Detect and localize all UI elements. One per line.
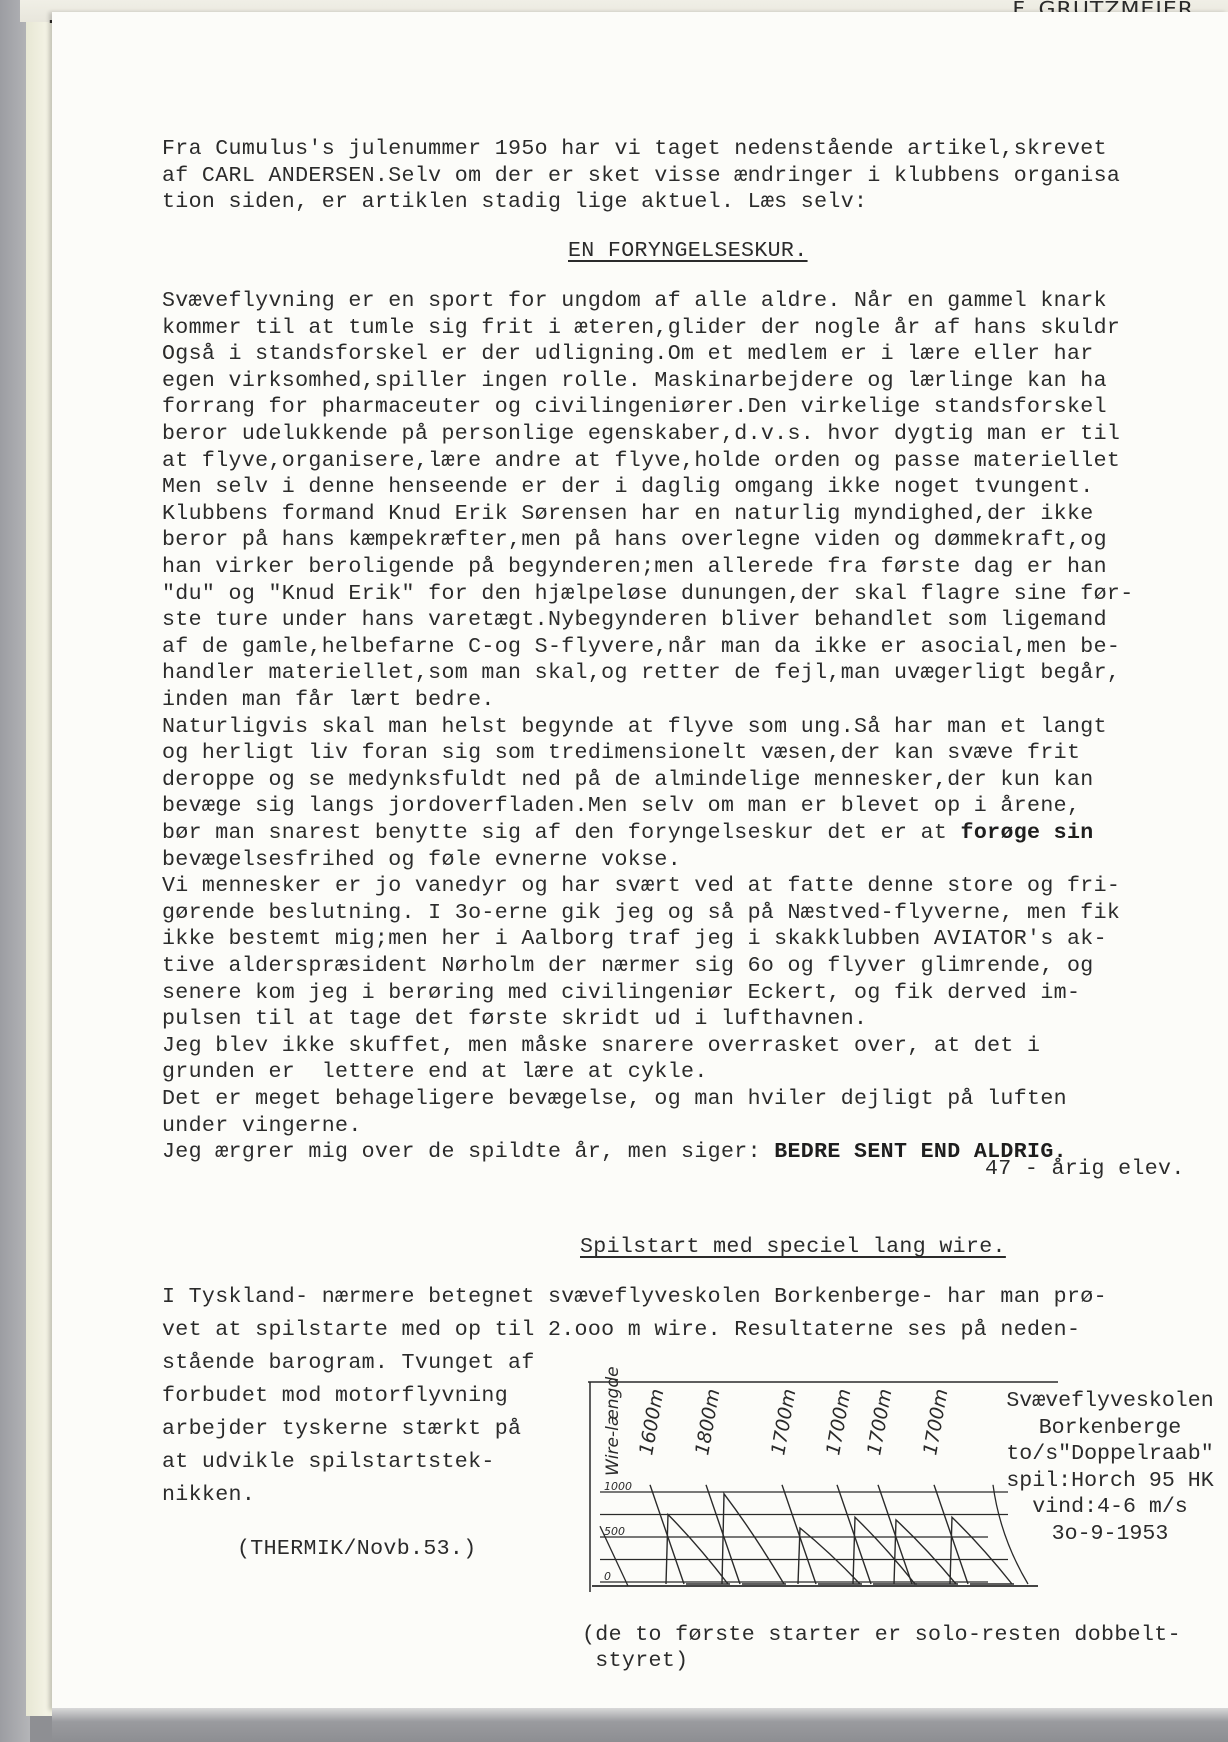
text-line: Naturligvis skal man helst begynde at fl… <box>162 714 1107 740</box>
barogram-info-line: Borkenberge <box>990 1415 1228 1442</box>
text-line: Men selv i denne henseende er der i dagl… <box>162 474 1094 500</box>
y-tick-label: 0 <box>604 1570 611 1583</box>
text-line: vet at spilstarte med op til 2.ooo m wir… <box>162 1317 1080 1343</box>
text-line: grunden er lettere end at lære at cykle. <box>162 1059 708 1085</box>
barogram-info-line: to/s"Doppelraab" <box>990 1441 1228 1468</box>
text-line: Jeg ærgrer mig over de spildte år, men s… <box>162 1139 1067 1165</box>
article2-title: Spilstart med speciel lang wire. <box>580 1234 1006 1260</box>
wire-length-label: 1700m <box>767 1387 800 1457</box>
text-line: ste ture under hans varetægt.Nybegyndere… <box>162 607 1107 633</box>
text-line: bør man snarest benytte sig af den foryn… <box>162 820 1094 846</box>
text-line: nikken. <box>162 1482 255 1508</box>
text-line: I Tyskland- nærmere betegnet svæveflyves… <box>162 1284 1107 1310</box>
y-tick-label: 500 <box>604 1525 625 1538</box>
text-line: og herligt liv foran sig som tredimensio… <box>162 740 1080 766</box>
caption-line: styret) <box>582 1648 688 1674</box>
page-bottom-edge <box>52 1708 1228 1742</box>
article-title: EN FORYNGELSESKUR. <box>568 238 808 264</box>
barogram-info: SvæveflyveskolenBorkenbergeto/s"Doppelra… <box>990 1388 1228 1547</box>
text-line: af CARL ANDERSEN.Selv om der er sket vis… <box>162 163 1120 189</box>
wire-length-label: 1600m <box>635 1387 668 1457</box>
text-line: beror udelukkende på personlige egenskab… <box>162 421 1120 447</box>
altitude-trace <box>722 1494 784 1584</box>
wire-length-label: 1700m <box>822 1387 855 1457</box>
caption-line: (de to første starter er solo-resten dob… <box>582 1622 1181 1648</box>
barogram-info-line: spil:Horch 95 HK <box>990 1468 1228 1495</box>
text-line: kommer til at tumle sig frit i æteren,gl… <box>162 315 1120 341</box>
source-citation: (THERMIK/Novb.53.) <box>237 1536 477 1562</box>
text-line: tion siden, er artiklen stadig lige aktu… <box>162 189 867 215</box>
text-line: forrang for pharmaceuter og civilingeniø… <box>162 394 1107 420</box>
text-line: Det er meget behageligere bevægelse, og … <box>162 1086 1067 1112</box>
barogram-plot: 05001000Wire-længde1600m1800m1700m1700m1… <box>588 1382 1058 1592</box>
text-line: Svæveflyvning er en sport for ungdom af … <box>162 288 1107 314</box>
emphasis-text: forøge sin <box>961 821 1094 845</box>
text-line: beror på hans kæmpekræfter,men på hans o… <box>162 527 1107 553</box>
text-line: Jeg blev ikke skuffet, men måske snarere… <box>162 1033 1040 1059</box>
text-line: deroppe og se medynksfuldt ned på de alm… <box>162 767 1094 793</box>
text-line: arbejder tyskerne stærkt på <box>162 1416 521 1442</box>
text-line: "du" og "Knud Erik" for den hjælpeløse d… <box>162 581 1134 607</box>
text-line: Vi mennesker er jo vanedyr og har svært … <box>162 873 1120 899</box>
text-line: at udvikle spilstartstek- <box>162 1449 495 1475</box>
y-tick-label: 1000 <box>604 1480 632 1493</box>
text-line: inden man får lært bedre. <box>162 687 495 713</box>
text-line: han virker beroligende på begynderen;men… <box>162 554 1107 580</box>
text-line: egen virksomhed,spiller ingen rolle. Mas… <box>162 368 1107 394</box>
text-line: tive alderspræsident Nørholm der nærmer … <box>162 953 1094 979</box>
article-signature: 47 - årig elev. <box>985 1156 1185 1182</box>
altitude-trace <box>894 1520 956 1584</box>
text-line: af de gamle,helbefarne C-og S-flyvere,nå… <box>162 634 1120 660</box>
y-axis-label: Wire-længde <box>603 1366 623 1476</box>
altitude-trace <box>853 1517 915 1584</box>
text-line: senere kom jeg i berøring med civilingen… <box>162 980 1080 1006</box>
text-line: pulsen til at tage det første skridt ud … <box>162 1006 867 1032</box>
altitude-trace <box>666 1515 728 1585</box>
text-line: at flyve,organisere,lære andre at flyve,… <box>162 448 1120 474</box>
barogram-info-line: vind:4-6 m/s <box>990 1494 1228 1521</box>
text-line: bevægelsesfrihed og føle evnerne vokse. <box>162 847 681 873</box>
barogram-info-line: Svæveflyveskolen <box>990 1388 1228 1415</box>
text-line: bevæge sig langs jordoverfladen.Men selv… <box>162 793 1080 819</box>
wire-length-label: 1700m <box>919 1387 952 1457</box>
text-line: Også i standsforskel er der udligning.Om… <box>162 341 1094 367</box>
barogram-info-line: 3o-9-1953 <box>990 1521 1228 1548</box>
text-line: under vingerne. <box>162 1113 362 1139</box>
text-line: stående barogram. Tvunget af <box>162 1350 535 1376</box>
wire-length-label: 1700m <box>863 1387 896 1457</box>
text-line: forbudet mod motorflyvning <box>162 1383 508 1409</box>
text-line: Fra Cumulus's julenummer 195o har vi tag… <box>162 136 1107 162</box>
wire-length-label: 1800m <box>691 1387 724 1457</box>
text-line: handler materiellet,som man skal,og rett… <box>162 660 1120 686</box>
barogram-chart: 05001000Wire-længde1600m1800m1700m1700m1… <box>588 1382 1058 1592</box>
text-line: gørende beslutning. I 3o-erne gik jeg og… <box>162 900 1120 926</box>
text-line: ikke bestemt mig;men her i Aalborg traf … <box>162 926 1107 952</box>
text-line: Klubbens formand Knud Erik Sørensen har … <box>162 501 1094 527</box>
